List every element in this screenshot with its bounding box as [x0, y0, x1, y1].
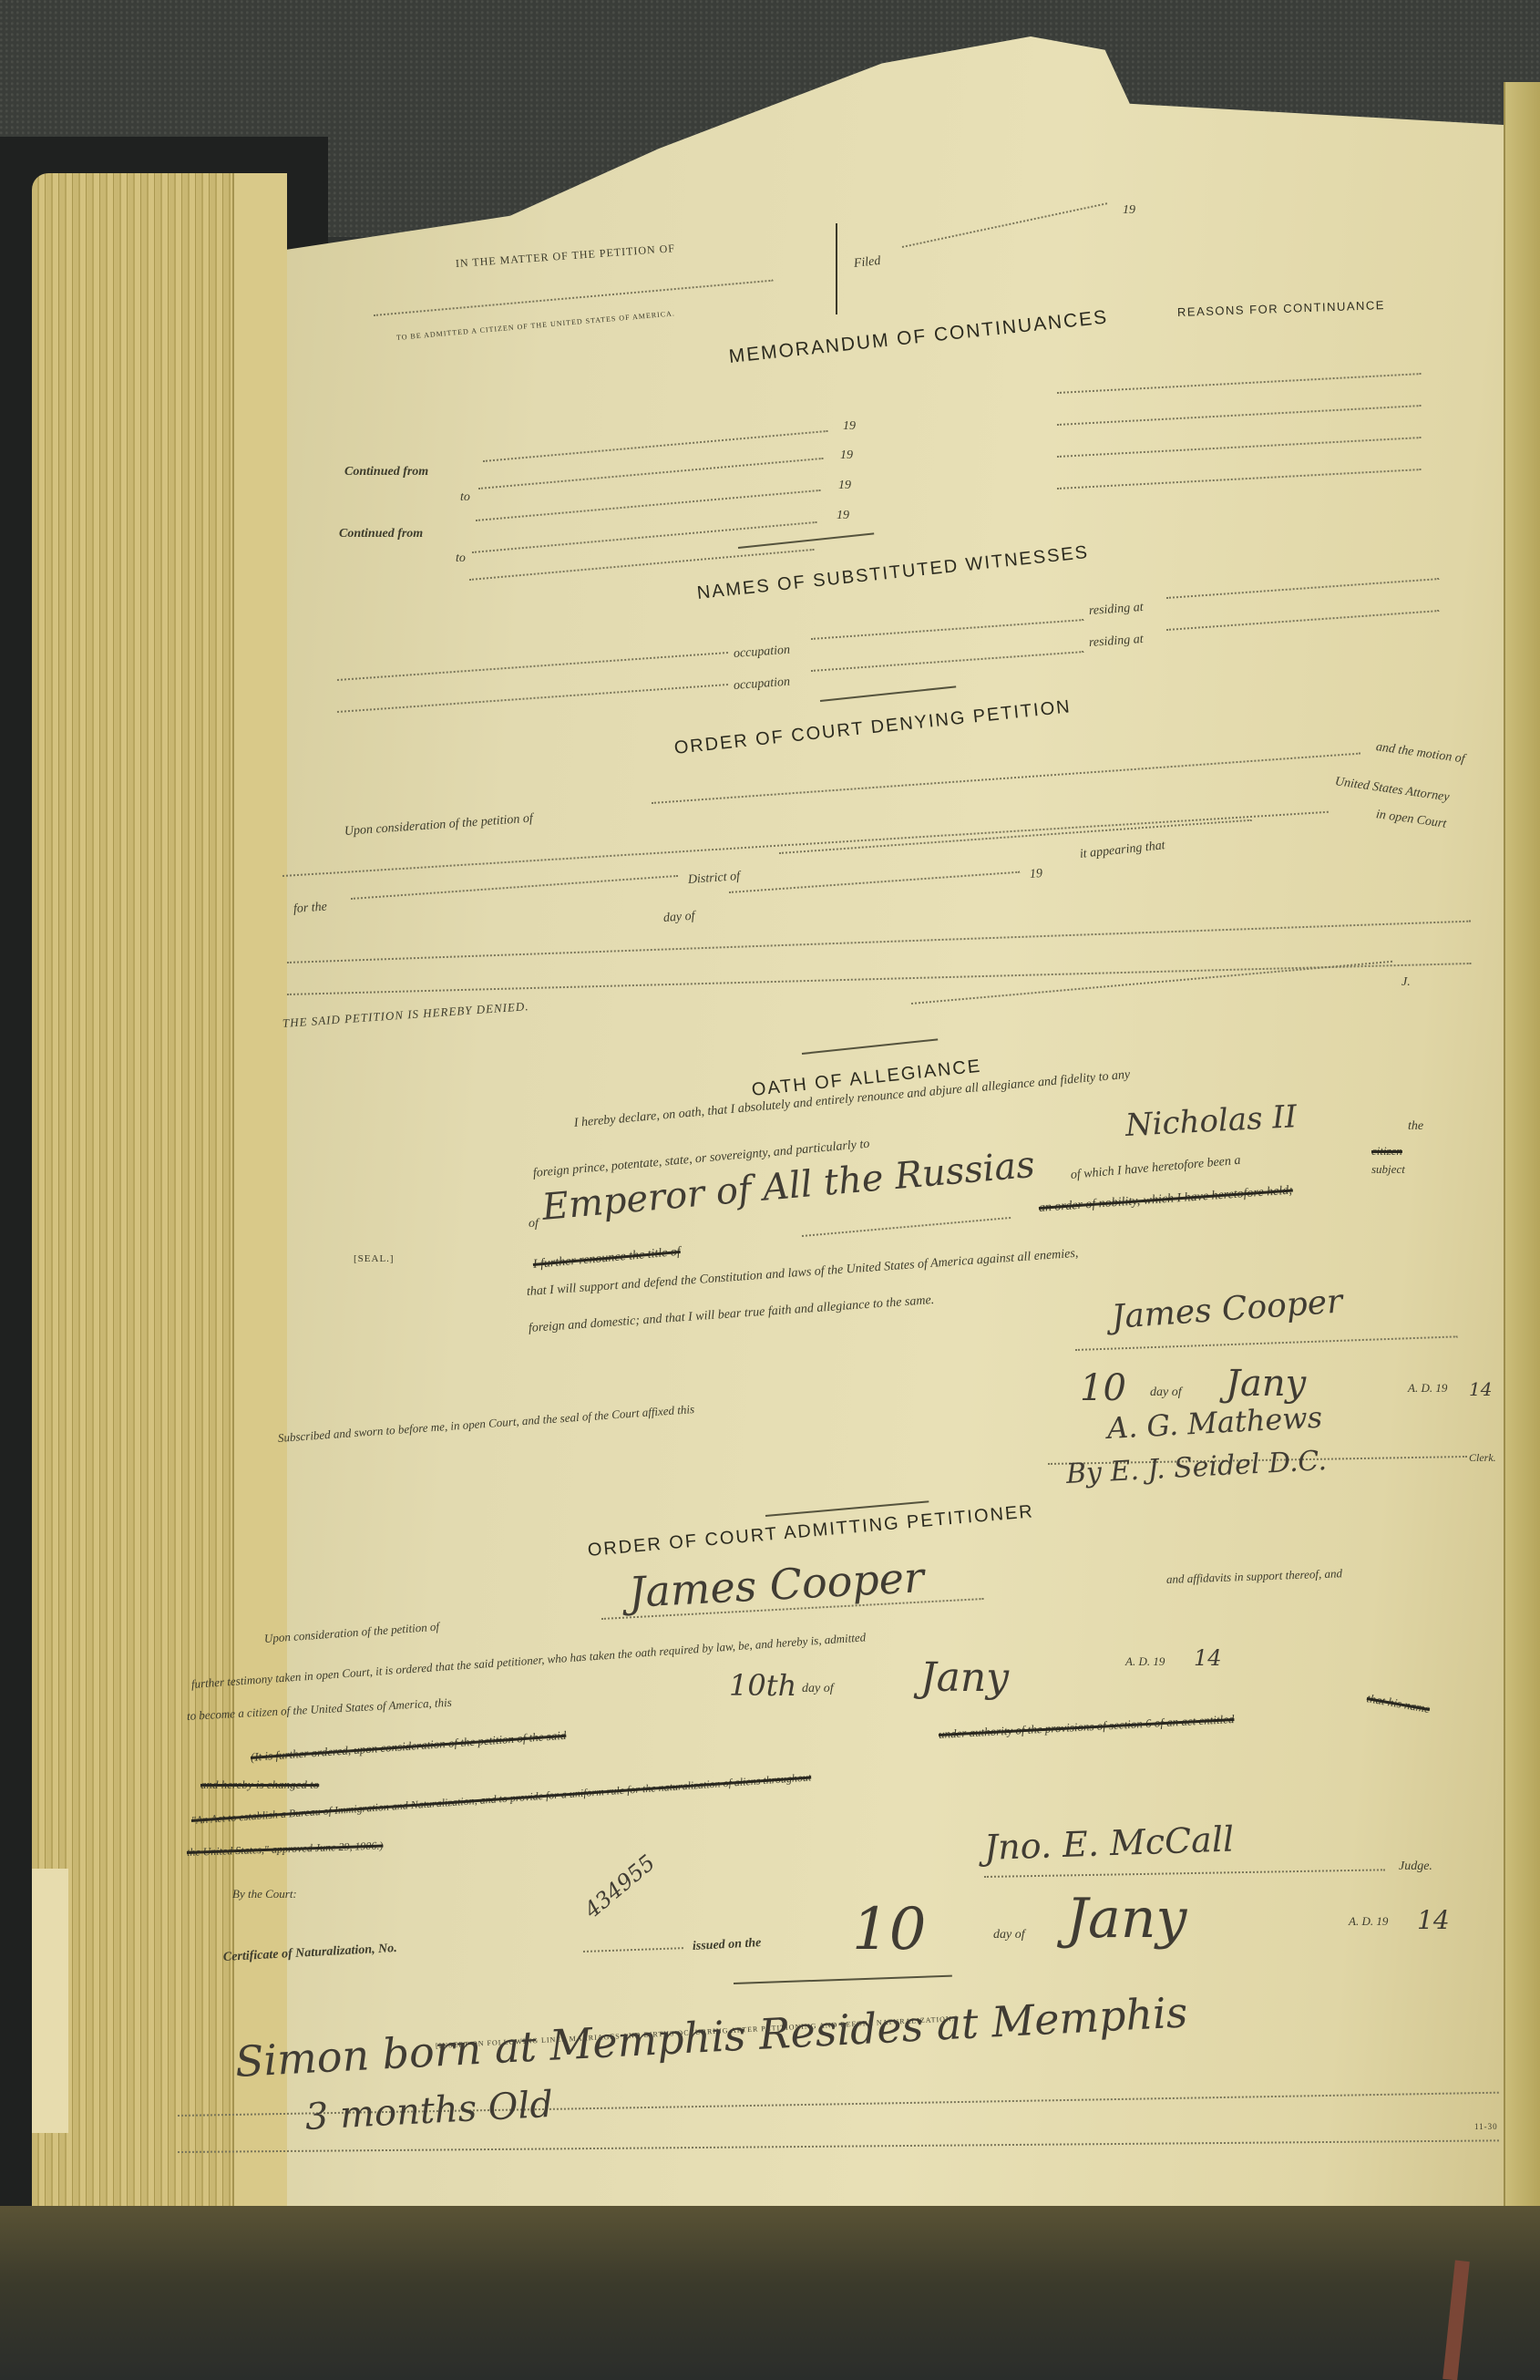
denial-for-the-line [351, 875, 678, 900]
citizen-struck: citizen [1371, 1144, 1402, 1159]
denial-petitioner-line [652, 753, 1360, 804]
denial-judge-line [911, 961, 1392, 1005]
certificate-day-of: day of [993, 1928, 1025, 1942]
continuance-label-1: Continued from [344, 465, 428, 479]
continuance-label-4: to [456, 551, 466, 566]
family-entry-line-1: Simon born at Memphis Resides at Memphis [234, 1987, 1189, 2086]
by-the-court-label: By the Court: [232, 1887, 297, 1901]
continuance-year-0: 19 [843, 419, 856, 434]
witness-occupation-line-1 [811, 619, 1083, 640]
sworn-ad: A. D. 19 [1408, 1381, 1447, 1396]
subject-text: subject [1371, 1162, 1405, 1177]
witnesses-title: NAMES OF SUBSTITUTED WITNESSES [696, 542, 1090, 604]
oath-line-3b: of which I have heretofore been a [1070, 1154, 1241, 1183]
denial-line-5 [287, 963, 1472, 995]
reason-line-4 [1057, 469, 1422, 489]
section-divider [738, 532, 874, 549]
petitioner-name-line [374, 280, 774, 316]
denial-petition-of: Upon consideration of the petition of [344, 812, 533, 840]
witness-residing-label-2: residing at [1088, 633, 1144, 651]
admission-affidavits-text: and affidavits in support thereof, and [1166, 1566, 1343, 1587]
oath-line-2b: the [1408, 1119, 1423, 1134]
admission-day-of: day of [802, 1682, 834, 1696]
sworn-year-suffix: 14 [1469, 1378, 1492, 1400]
oath-line-6: foreign and domestic; and that I will be… [528, 1293, 934, 1336]
seal-label: [SEAL.] [354, 1253, 395, 1264]
sworn-day-of: day of [1150, 1386, 1182, 1400]
denial-title: ORDER OF COURT DENYING PETITION [673, 696, 1073, 759]
continuance-label-2: to [460, 490, 470, 505]
section-divider [802, 1038, 938, 1055]
header-bracket [836, 223, 837, 314]
certificate-year-suffix: 14 [1417, 1905, 1450, 1935]
continuance-year-3: 19 [837, 509, 849, 523]
witness-name-line-2 [337, 684, 728, 713]
oath-title-line [802, 1217, 1011, 1237]
continuance-line-0 [483, 430, 828, 462]
petitioner-signature-oath: James Cooper [1111, 1283, 1344, 1336]
denial-district-of: District of [687, 870, 740, 888]
sworn-text: Subscribed and sworn to before me, in op… [277, 1402, 694, 1446]
witness-name-line-1 [337, 652, 728, 681]
admission-struck-4: the United States," approved June 29, 19… [187, 1839, 384, 1860]
denial-day-line [729, 871, 1020, 893]
admission-petition-of: Upon consideration of the petition of [263, 1620, 439, 1646]
certificate-day: 10 [852, 1896, 926, 1963]
denial-statement: THE SAID PETITION IS HEREBY DENIED. [282, 999, 529, 1031]
admission-line-3: to become a citizen of the United States… [187, 1695, 453, 1724]
admitted-label: TO BE ADMITTED A CITIZEN OF THE UNITED S… [396, 309, 676, 342]
reason-line-3 [1057, 437, 1422, 458]
deputy-signature: By E. J. Seidel D.C. [1065, 1445, 1328, 1490]
witness-residing-line-1 [1166, 578, 1439, 599]
witness-occupation-line-2 [811, 651, 1083, 672]
certificate-ad: A. D. 19 [1349, 1914, 1388, 1929]
sworn-month: Jany [1226, 1363, 1306, 1405]
admission-struck-1b: that his name [1366, 1691, 1432, 1716]
reason-line-1 [1057, 373, 1422, 394]
denial-open-court: in open Court [1375, 808, 1447, 832]
witness-occupation-label-1: occupation [733, 644, 790, 662]
reasons-label: REASONS FOR CONTINUANCE [1177, 298, 1385, 319]
certificate-number-line [583, 1947, 683, 1952]
denial-for-the: for the [293, 900, 327, 917]
petitioner-name-admission: James Cooper [628, 1552, 926, 1617]
form-number: 11-30 [1474, 2122, 1498, 2131]
family-line-2 [178, 2139, 1499, 2153]
admission-year-suffix: 14 [1194, 1645, 1222, 1671]
certificate-issued-text: issued on the [693, 1936, 762, 1954]
petitioner-signature-line [1075, 1335, 1458, 1351]
witness-residing-line-2 [1166, 610, 1439, 631]
reason-line-2 [1057, 405, 1422, 426]
denial-motion-text: and the motion of [1375, 740, 1466, 768]
oath-line-3-prefix: of [529, 1217, 539, 1231]
denial-appearing-text: it appearing that [1079, 839, 1165, 862]
judge-label: Judge. [1399, 1860, 1432, 1874]
denial-year: 19 [1029, 867, 1042, 882]
filed-line [902, 202, 1107, 248]
matter-label: IN THE MATTER OF THE PETITION OF [455, 242, 675, 271]
clerk-label: Clerk. [1469, 1451, 1496, 1465]
continuances-title: MEMORANDUM OF CONTINUANCES [728, 306, 1110, 368]
sworn-day: 10 [1080, 1367, 1126, 1409]
denial-judge-mark: J. [1401, 975, 1411, 990]
filed-label: Filed [853, 254, 881, 272]
judge-signature: Jno. E. McCall [983, 1818, 1235, 1868]
clerk-signature: A. G. Mathews [1106, 1400, 1323, 1446]
admission-struck-1: (It is further ordered, upon considerati… [250, 1728, 566, 1765]
sovereign-name-handwritten: Nicholas II [1124, 1098, 1298, 1144]
continuance-year-2: 19 [838, 479, 851, 493]
denial-attorney-text: United States Attorney [1334, 775, 1450, 805]
oath-struck-nobility: an order of nobility, which I have heret… [1038, 1184, 1293, 1216]
document-content: IN THE MATTER OF THE PETITION OF Filed 1… [0, 0, 1540, 2380]
judge-line [984, 1869, 1385, 1878]
continuance-label-3: Continued from [339, 527, 423, 541]
continuance-line-3 [472, 521, 817, 553]
section-divider [734, 1975, 952, 1984]
continuance-line-1 [478, 458, 824, 489]
certificate-number: 434955 [580, 1849, 660, 1922]
continuance-year-1: 19 [840, 448, 853, 463]
section-divider [820, 685, 956, 702]
denial-line-4 [287, 921, 1471, 963]
witness-residing-label-1: residing at [1088, 601, 1144, 619]
witness-occupation-label-2: occupation [733, 675, 790, 694]
denial-day-of: day of [662, 910, 695, 926]
denial-district-line [779, 819, 1252, 854]
admission-struck-2: under authority of the provisions of sec… [939, 1712, 1235, 1742]
admission-struck-2b: and hereby is changed to [200, 1777, 319, 1792]
certificate-label: Certificate of Naturalization, No. [223, 1942, 398, 1965]
admission-day: 10th [729, 1668, 796, 1703]
certificate-month: Jany [1066, 1887, 1186, 1951]
family-entry-line-2: 3 months Old [304, 2084, 554, 2138]
admission-month: Jany [920, 1654, 1009, 1701]
continuance-line-2 [476, 489, 821, 521]
oath-struck-title-renounce: I further renounce the title of [532, 1245, 681, 1272]
filed-year: 19 [1123, 203, 1135, 218]
admission-ad: A. D. 19 [1125, 1654, 1165, 1669]
